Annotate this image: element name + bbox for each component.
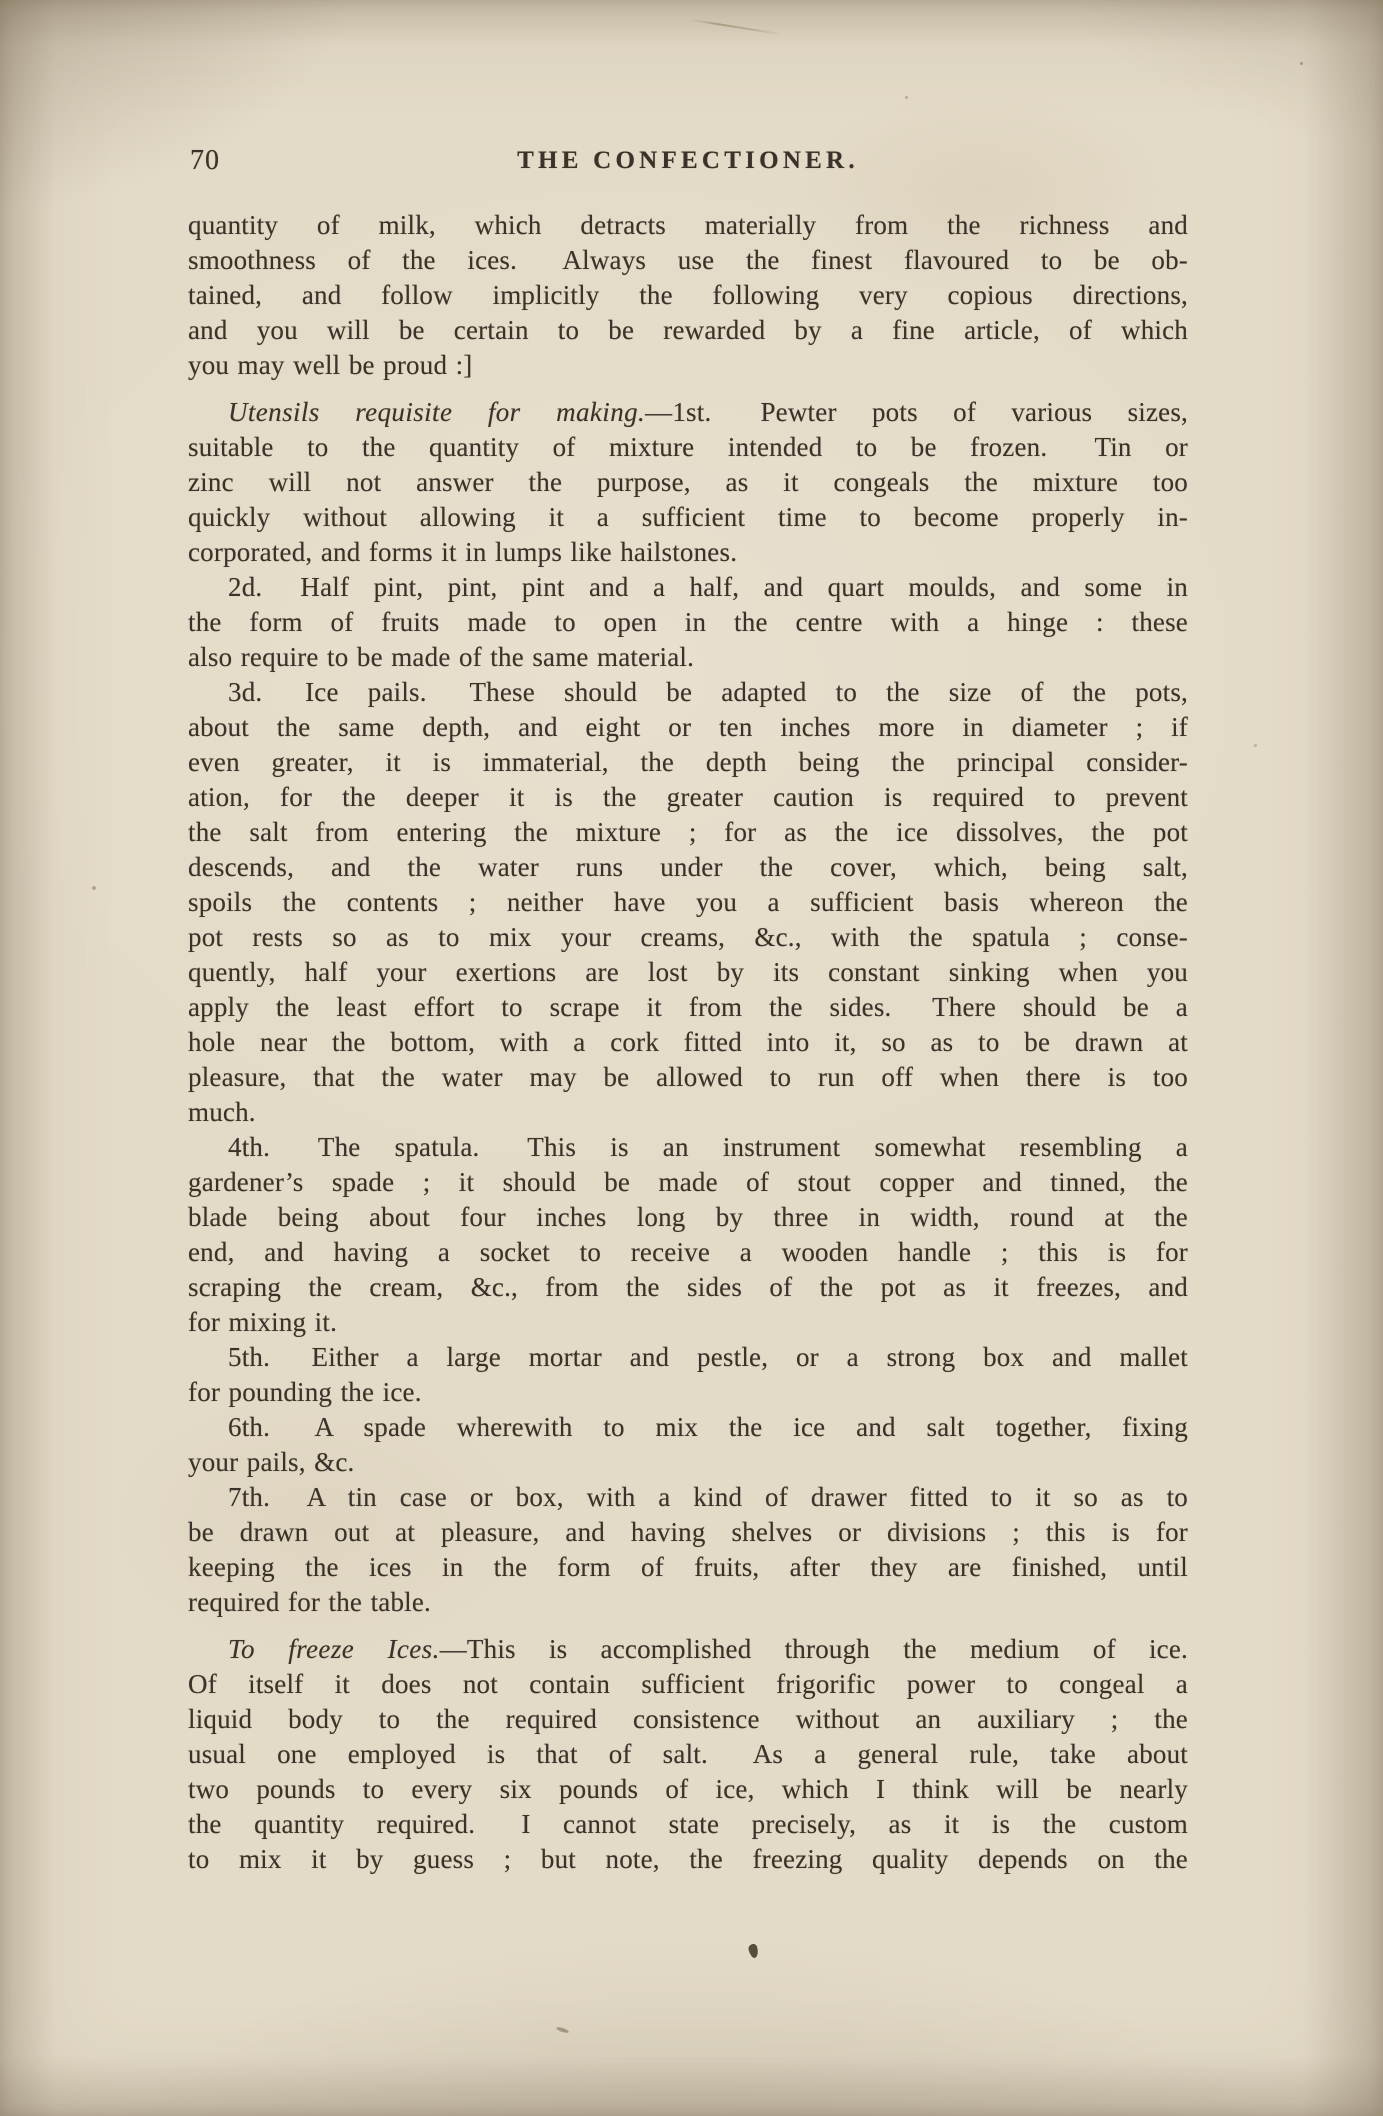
ink-fleck xyxy=(556,2026,570,2034)
page-number: 70 xyxy=(190,146,220,176)
text-line: Utensils requisite for making.—1st. Pewt… xyxy=(188,395,1188,430)
text-line: the form of fruits made to open in the c… xyxy=(188,605,1188,640)
text-line: smoothness of the ices. Always use the f… xyxy=(188,243,1188,278)
text-line: blade being about four inches long by th… xyxy=(188,1200,1188,1235)
running-title: THE CONFECTIONER. xyxy=(188,146,1188,176)
page-body: quantity of milk, which detracts materia… xyxy=(188,208,1188,1877)
text-line: 5th. Either a large mortar and pestle, o… xyxy=(188,1340,1188,1375)
text-line: quently, half your exertions are lost by… xyxy=(188,955,1188,990)
text-line: much. xyxy=(188,1095,1188,1130)
text-line: usual one employed is that of salt. As a… xyxy=(188,1737,1188,1772)
text-line: even greater, it is immaterial, the dept… xyxy=(188,745,1188,780)
text-line: hole near the bottom, with a cork fitted… xyxy=(188,1025,1188,1060)
text-line: pleasure, that the water may be allowed … xyxy=(188,1060,1188,1095)
text-line: spoils the contents ; neither have you a… xyxy=(188,885,1188,920)
text-line: scraping the cream, &c., from the sides … xyxy=(188,1270,1188,1305)
text-line: and you will be certain to be rewarded b… xyxy=(188,313,1188,348)
paragraph: 5th. Either a large mortar and pestle, o… xyxy=(188,1340,1188,1410)
text-line: quantity of milk, which detracts materia… xyxy=(188,208,1188,243)
text-line: be drawn out at pleasure, and having she… xyxy=(188,1515,1188,1550)
paragraph: quantity of milk, which detracts materia… xyxy=(188,208,1188,383)
paragraph: 2d. Half pint, pint, pint and a half, an… xyxy=(188,570,1188,675)
text-line: end, and having a socket to receive a wo… xyxy=(188,1235,1188,1270)
text-line: Of itself it does not contain sufficient… xyxy=(188,1667,1188,1702)
text-line: quickly without allowing it a sufficient… xyxy=(188,500,1188,535)
text-line: keeping the ices in the form of fruits, … xyxy=(188,1550,1188,1585)
running-head: 70 THE CONFECTIONER. xyxy=(188,146,1188,176)
text-line: for mixing it. xyxy=(188,1305,1188,1340)
italic-lead: Utensils requisite for making. xyxy=(228,397,645,427)
text-line: the salt from entering the mixture ; for… xyxy=(188,815,1188,850)
text-line: also require to be made of the same mate… xyxy=(188,640,1188,675)
text-line: gardener’s spade ; it should be made of … xyxy=(188,1165,1188,1200)
text-line: the quantity required. I cannot state pr… xyxy=(188,1807,1188,1842)
text-line: descends, and the water runs under the c… xyxy=(188,850,1188,885)
text-line: tained, and follow implicitly the follow… xyxy=(188,278,1188,313)
paper-speck xyxy=(1300,62,1303,65)
text-line: your pails, &c. xyxy=(188,1445,1188,1480)
paragraph: 7th. A tin case or box, with a kind of d… xyxy=(188,1480,1188,1620)
text-line: 3d. Ice pails. These should be adapted t… xyxy=(188,675,1188,710)
text-line: you may well be proud :] xyxy=(188,348,1188,383)
text-line: suitable to the quantity of mixture inte… xyxy=(188,430,1188,465)
text-line: for pounding the ice. xyxy=(188,1375,1188,1410)
text-line: apply the least effort to scrape it from… xyxy=(188,990,1188,1025)
text-line: ation, for the deeper it is the greater … xyxy=(188,780,1188,815)
text-line: To freeze Ices.—This is accomplished thr… xyxy=(188,1632,1188,1667)
text-line: to mix it by guess ; but note, the freez… xyxy=(188,1842,1188,1877)
text-line: 2d. Half pint, pint, pint and a half, an… xyxy=(188,570,1188,605)
paper-speck xyxy=(1254,744,1257,747)
book-page-scan: 70 THE CONFECTIONER. quantity of milk, w… xyxy=(0,0,1383,2116)
text-line: two pounds to every six pounds of ice, w… xyxy=(188,1772,1188,1807)
text-line: zinc will not answer the purpose, as it … xyxy=(188,465,1188,500)
text-line: 4th. The spatula. This is an instrument … xyxy=(188,1130,1188,1165)
paper-speck xyxy=(92,886,96,890)
text-line: 6th. A spade wherewith to mix the ice an… xyxy=(188,1410,1188,1445)
text-line: pot rests so as to mix your creams, &c.,… xyxy=(188,920,1188,955)
text-line: corporated, and forms it in lumps like h… xyxy=(188,535,1188,570)
text-line: required for the table. xyxy=(188,1585,1188,1620)
paper-speck xyxy=(905,96,908,99)
paragraph: Utensils requisite for making.—1st. Pewt… xyxy=(188,395,1188,570)
paragraph: 3d. Ice pails. These should be adapted t… xyxy=(188,675,1188,1130)
italic-lead: To freeze Ices. xyxy=(228,1634,440,1664)
ink-blot xyxy=(747,1943,759,1959)
paragraph: To freeze Ices.—This is accomplished thr… xyxy=(188,1632,1188,1877)
text-line: 7th. A tin case or box, with a kind of d… xyxy=(188,1480,1188,1515)
paragraph: 4th. The spatula. This is an instrument … xyxy=(188,1130,1188,1340)
paper-scratch xyxy=(690,19,781,35)
text-line: about the same depth, and eight or ten i… xyxy=(188,710,1188,745)
paragraph: 6th. A spade wherewith to mix the ice an… xyxy=(188,1410,1188,1480)
text-line: liquid body to the required consistence … xyxy=(188,1702,1188,1737)
